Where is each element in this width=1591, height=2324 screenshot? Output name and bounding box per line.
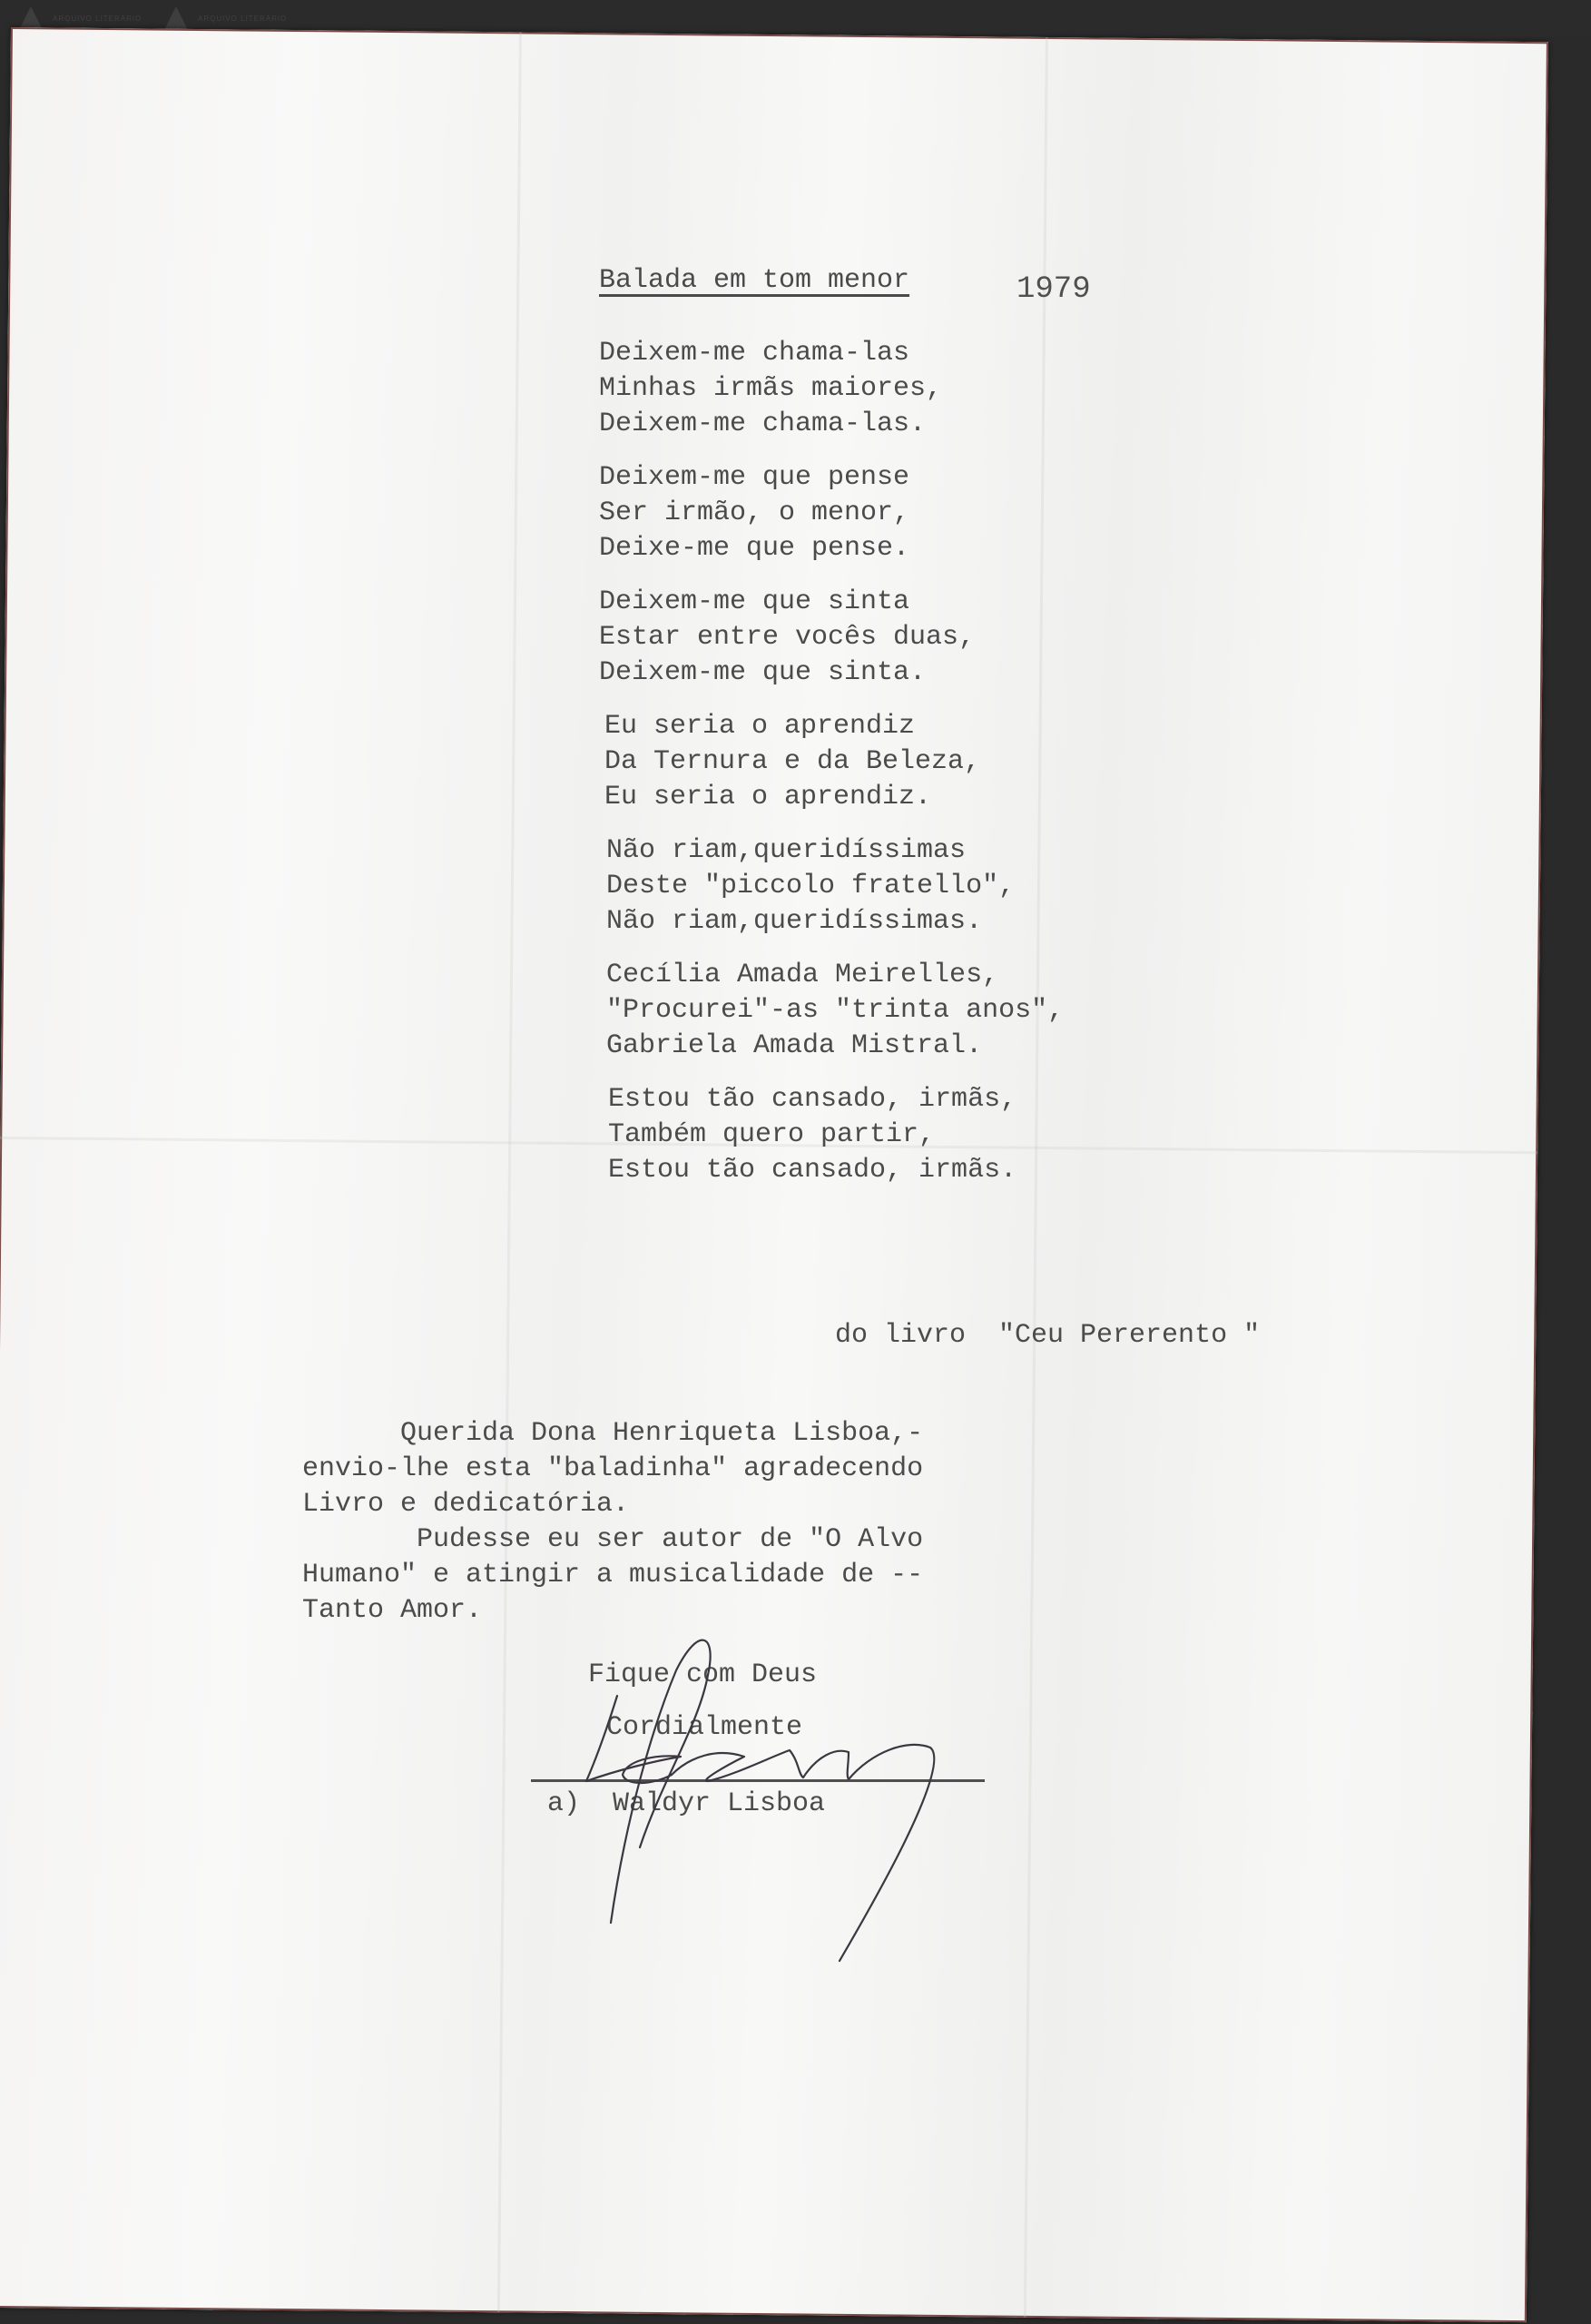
letter-line: Tanto Amor.: [302, 1593, 923, 1629]
poem-line: Deixem-me que sinta: [599, 585, 1064, 620]
poem-line: Deixe-me que pense.: [599, 531, 1064, 566]
stanza: Deixem-me que pense Ser irmão, o menor, …: [599, 460, 1064, 566]
poem-line: Deixem-me que pense: [599, 460, 1064, 496]
poem-line: Ser irmão, o menor,: [599, 496, 1064, 531]
poem-body: Deixem-me chama-las Minhas irmãs maiores…: [599, 336, 1064, 1206]
poem-line: Gabriela Amada Mistral.: [606, 1029, 1064, 1064]
poem-line: Deste "piccolo fratello",: [606, 869, 1064, 904]
poem-line: Estou tão cansado, irmãs,: [608, 1082, 1064, 1118]
letter-line: Pudesse eu ser autor de "O Alvo: [302, 1522, 923, 1558]
poem-line: Não riam,queridíssimas.: [606, 904, 1064, 940]
stanza: Não riam,queridíssimas Deste "piccolo fr…: [606, 833, 1064, 940]
poem-line: Deixem-me que sinta.: [599, 655, 1064, 691]
poem-line: Também quero partir,: [608, 1118, 1064, 1153]
poem-line: Minhas irmãs maiores,: [599, 371, 1064, 407]
poem-line: Estou tão cansado, irmãs.: [608, 1153, 1064, 1188]
stanza: Estou tão cansado, irmãs, Também quero p…: [608, 1082, 1064, 1188]
stanza: Deixem-me chama-las Minhas irmãs maiores…: [599, 336, 1064, 442]
poem-line: Deixem-me chama-las.: [599, 407, 1064, 442]
poem-line: "Procurei"-as "trinta anos",: [606, 993, 1064, 1029]
poem-line: Cecília Amada Meirelles,: [606, 958, 1064, 993]
stanza: Cecília Amada Meirelles, "Procurei"-as "…: [606, 958, 1064, 1064]
poem-year: 1979: [1016, 272, 1091, 308]
letter-line: envio-lhe esta "baladinha" agradecendo: [302, 1452, 923, 1487]
poem-line: Deixem-me chama-las: [599, 336, 1064, 371]
poem-line: Estar entre vocês duas,: [599, 620, 1064, 655]
closing-regards: Cordialmente: [606, 1710, 802, 1746]
closing-farewell: Fique com Deus: [588, 1658, 817, 1693]
letter-line: Livro e dedicatória.: [302, 1487, 923, 1522]
signature-line: [531, 1779, 985, 1782]
poem-line: Eu seria o aprendiz.: [604, 780, 1064, 815]
poem-line: Não riam,queridíssimas: [606, 833, 1064, 869]
letter-body: Querida Dona Henriqueta Lisboa,- envio-l…: [302, 1416, 923, 1629]
signed-name: a) Waldyr Lisboa: [547, 1787, 825, 1822]
stanza: Eu seria o aprendiz Da Ternura e da Bele…: [604, 709, 1064, 815]
stanza: Deixem-me que sinta Estar entre vocês du…: [599, 585, 1064, 691]
archive-stamp-text: ARQUIVO LITERÁRIO: [198, 15, 298, 24]
letter-line: Humano" e atingir a musicalidade de --: [302, 1558, 923, 1593]
poem-line: Eu seria o aprendiz: [604, 709, 1064, 744]
poem-source: do livro "Ceu Pererento ": [835, 1318, 1260, 1354]
archive-stamp-text: ARQUIVO LITERÁRIO: [53, 15, 152, 24]
letter-line: Querida Dona Henriqueta Lisboa,-: [302, 1416, 923, 1452]
poem-title: Balada em tom menor: [599, 263, 909, 299]
poem-line: Da Ternura e da Beleza,: [604, 744, 1064, 780]
paper-fold: [497, 32, 522, 2312]
